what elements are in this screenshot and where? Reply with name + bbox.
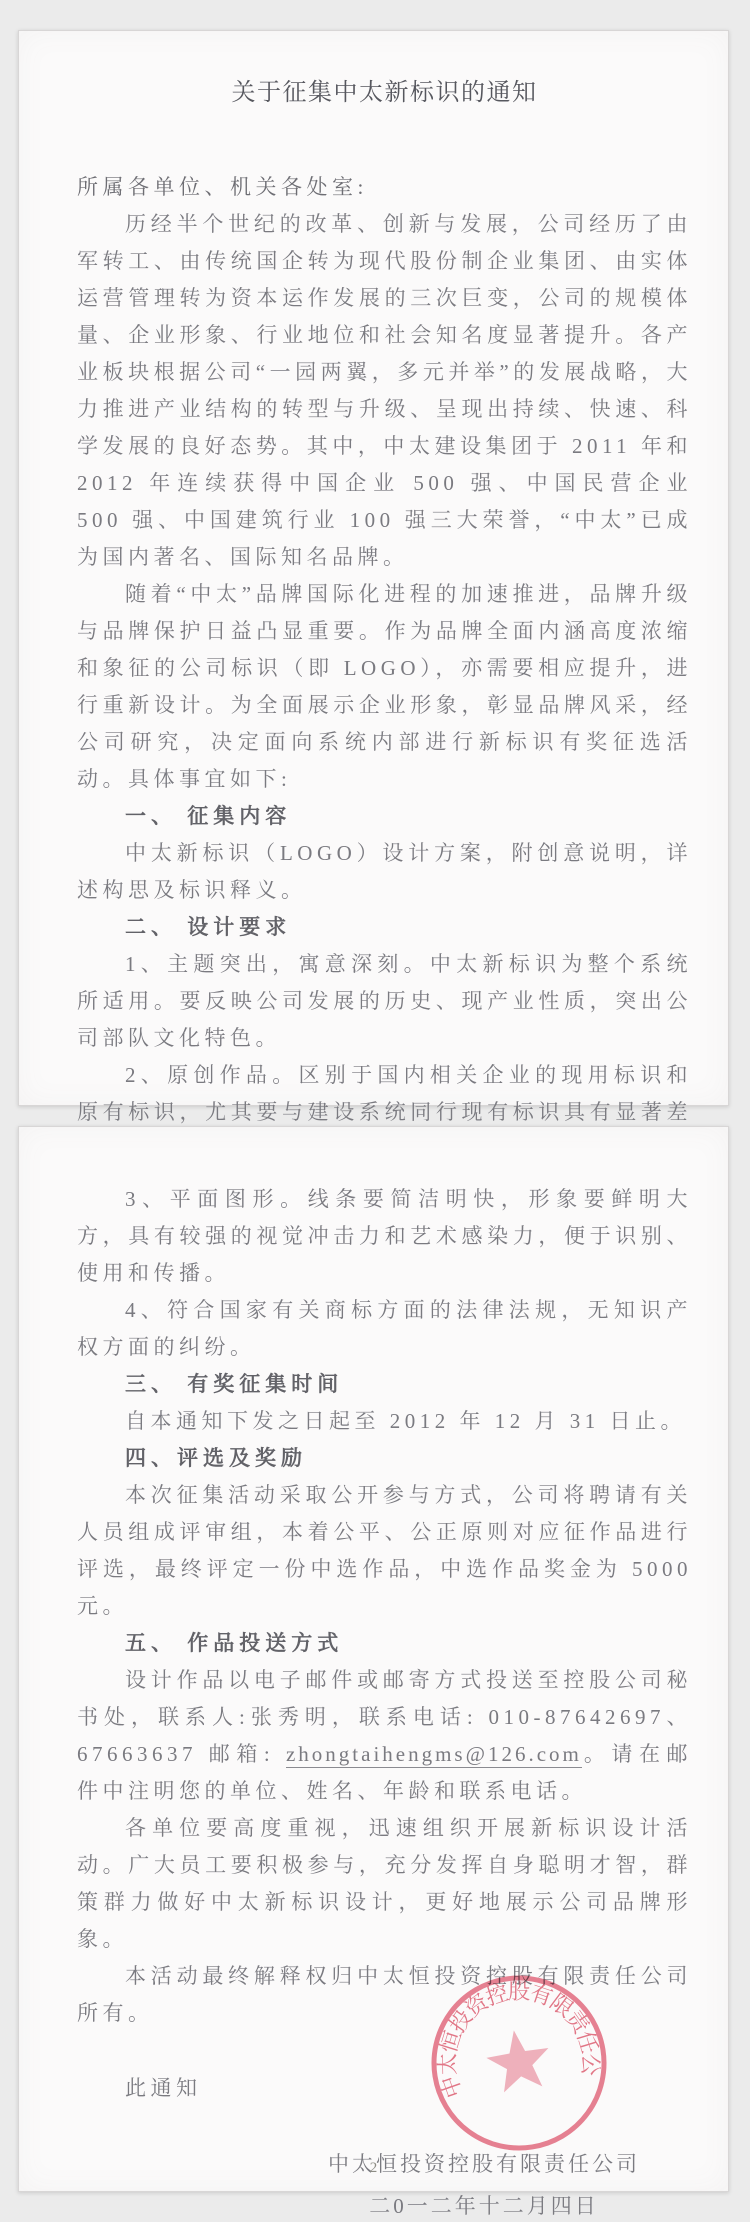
paragraph: 一、 征集内容 xyxy=(77,798,692,835)
paragraph: 4、符合国家有关商标方面的法律法规，无知识产权方面的纠纷。 xyxy=(77,1292,692,1366)
page-1-body: 历经半个世纪的改革、创新与发展，公司经历了由军转工、由传统国企转为现代股份制企业… xyxy=(77,206,692,1168)
paragraph: 自本通知下发之日起至 2012 年 12 月 31 日止。 xyxy=(77,1403,692,1440)
email-address: zhongtaihengms@126.com xyxy=(286,1742,582,1768)
paragraph: 随着“中太”品牌国际化进程的加速推进，品牌升级与品牌保护日益凸显重要。作为品牌全… xyxy=(77,576,692,798)
page-2: 3、平面图形。线条要简洁明快，形象要鲜明大方，具有较强的视觉冲击力和艺术感染力，… xyxy=(18,1126,729,2192)
paragraph: 本活动最终解释权归中太恒投资控股有限责任公司所有。 xyxy=(77,1958,692,2032)
paragraph: 历经半个世纪的改革、创新与发展，公司经历了由军转工、由传统国企转为现代股份制企业… xyxy=(77,206,692,576)
paragraph: 中太新标识（LOGO）设计方案，附创意说明，详述构思及标识释义。 xyxy=(77,835,692,909)
paragraph: 四、评选及奖励 xyxy=(77,1440,692,1477)
paragraph: 3、平面图形。线条要简洁明快，形象要鲜明大方，具有较强的视觉冲击力和艺术感染力，… xyxy=(77,1181,692,1292)
paragraph: 二、 设计要求 xyxy=(77,909,692,946)
page-1: 关于征集中太新标识的通知 所属各单位、机关各处室: 历经半个世纪的改革、创新与发… xyxy=(18,30,729,1106)
paragraph: 1、主题突出，寓意深刻。中太新标识为整个系统所适用。要反映公司发展的历史、现产业… xyxy=(77,946,692,1057)
signature-date: 二0一二年十二月四日 xyxy=(328,2185,640,2222)
paragraph: 此通知 xyxy=(77,2070,692,2107)
salutation: 所属各单位、机关各处室: xyxy=(77,169,692,206)
paragraph: 设计作品以电子邮件或邮寄方式投送至控股公司秘书处，联系人:张秀明，联系电话: 0… xyxy=(77,1662,692,1810)
scanned-notice-document: 关于征集中太新标识的通知 所属各单位、机关各处室: 历经半个世纪的改革、创新与发… xyxy=(0,0,750,2222)
paragraph: 本次征集活动采取公开参与方式，公司将聘请有关人员组成评审组，本着公平、公正原则对… xyxy=(77,1477,692,1625)
paragraph: 五、 作品投送方式 xyxy=(77,1625,692,1662)
page-title: 关于征集中太新标识的通知 xyxy=(77,73,692,113)
page-number: 2 xyxy=(19,2160,728,2177)
paragraph: 各单位要高度重视，迅速组织开展新标识设计活动。广大员工要积极参与，充分发挥自身聪… xyxy=(77,1810,692,1958)
page-2-body: 3、平面图形。线条要简洁明快，形象要鲜明大方，具有较强的视觉冲击力和艺术感染力，… xyxy=(77,1181,692,2107)
signature-block: 中太恒投资控股有限责任公司 二0一二年十二月四日 xyxy=(328,2143,640,2222)
paragraph: 三、 有奖征集时间 xyxy=(77,1366,692,1403)
